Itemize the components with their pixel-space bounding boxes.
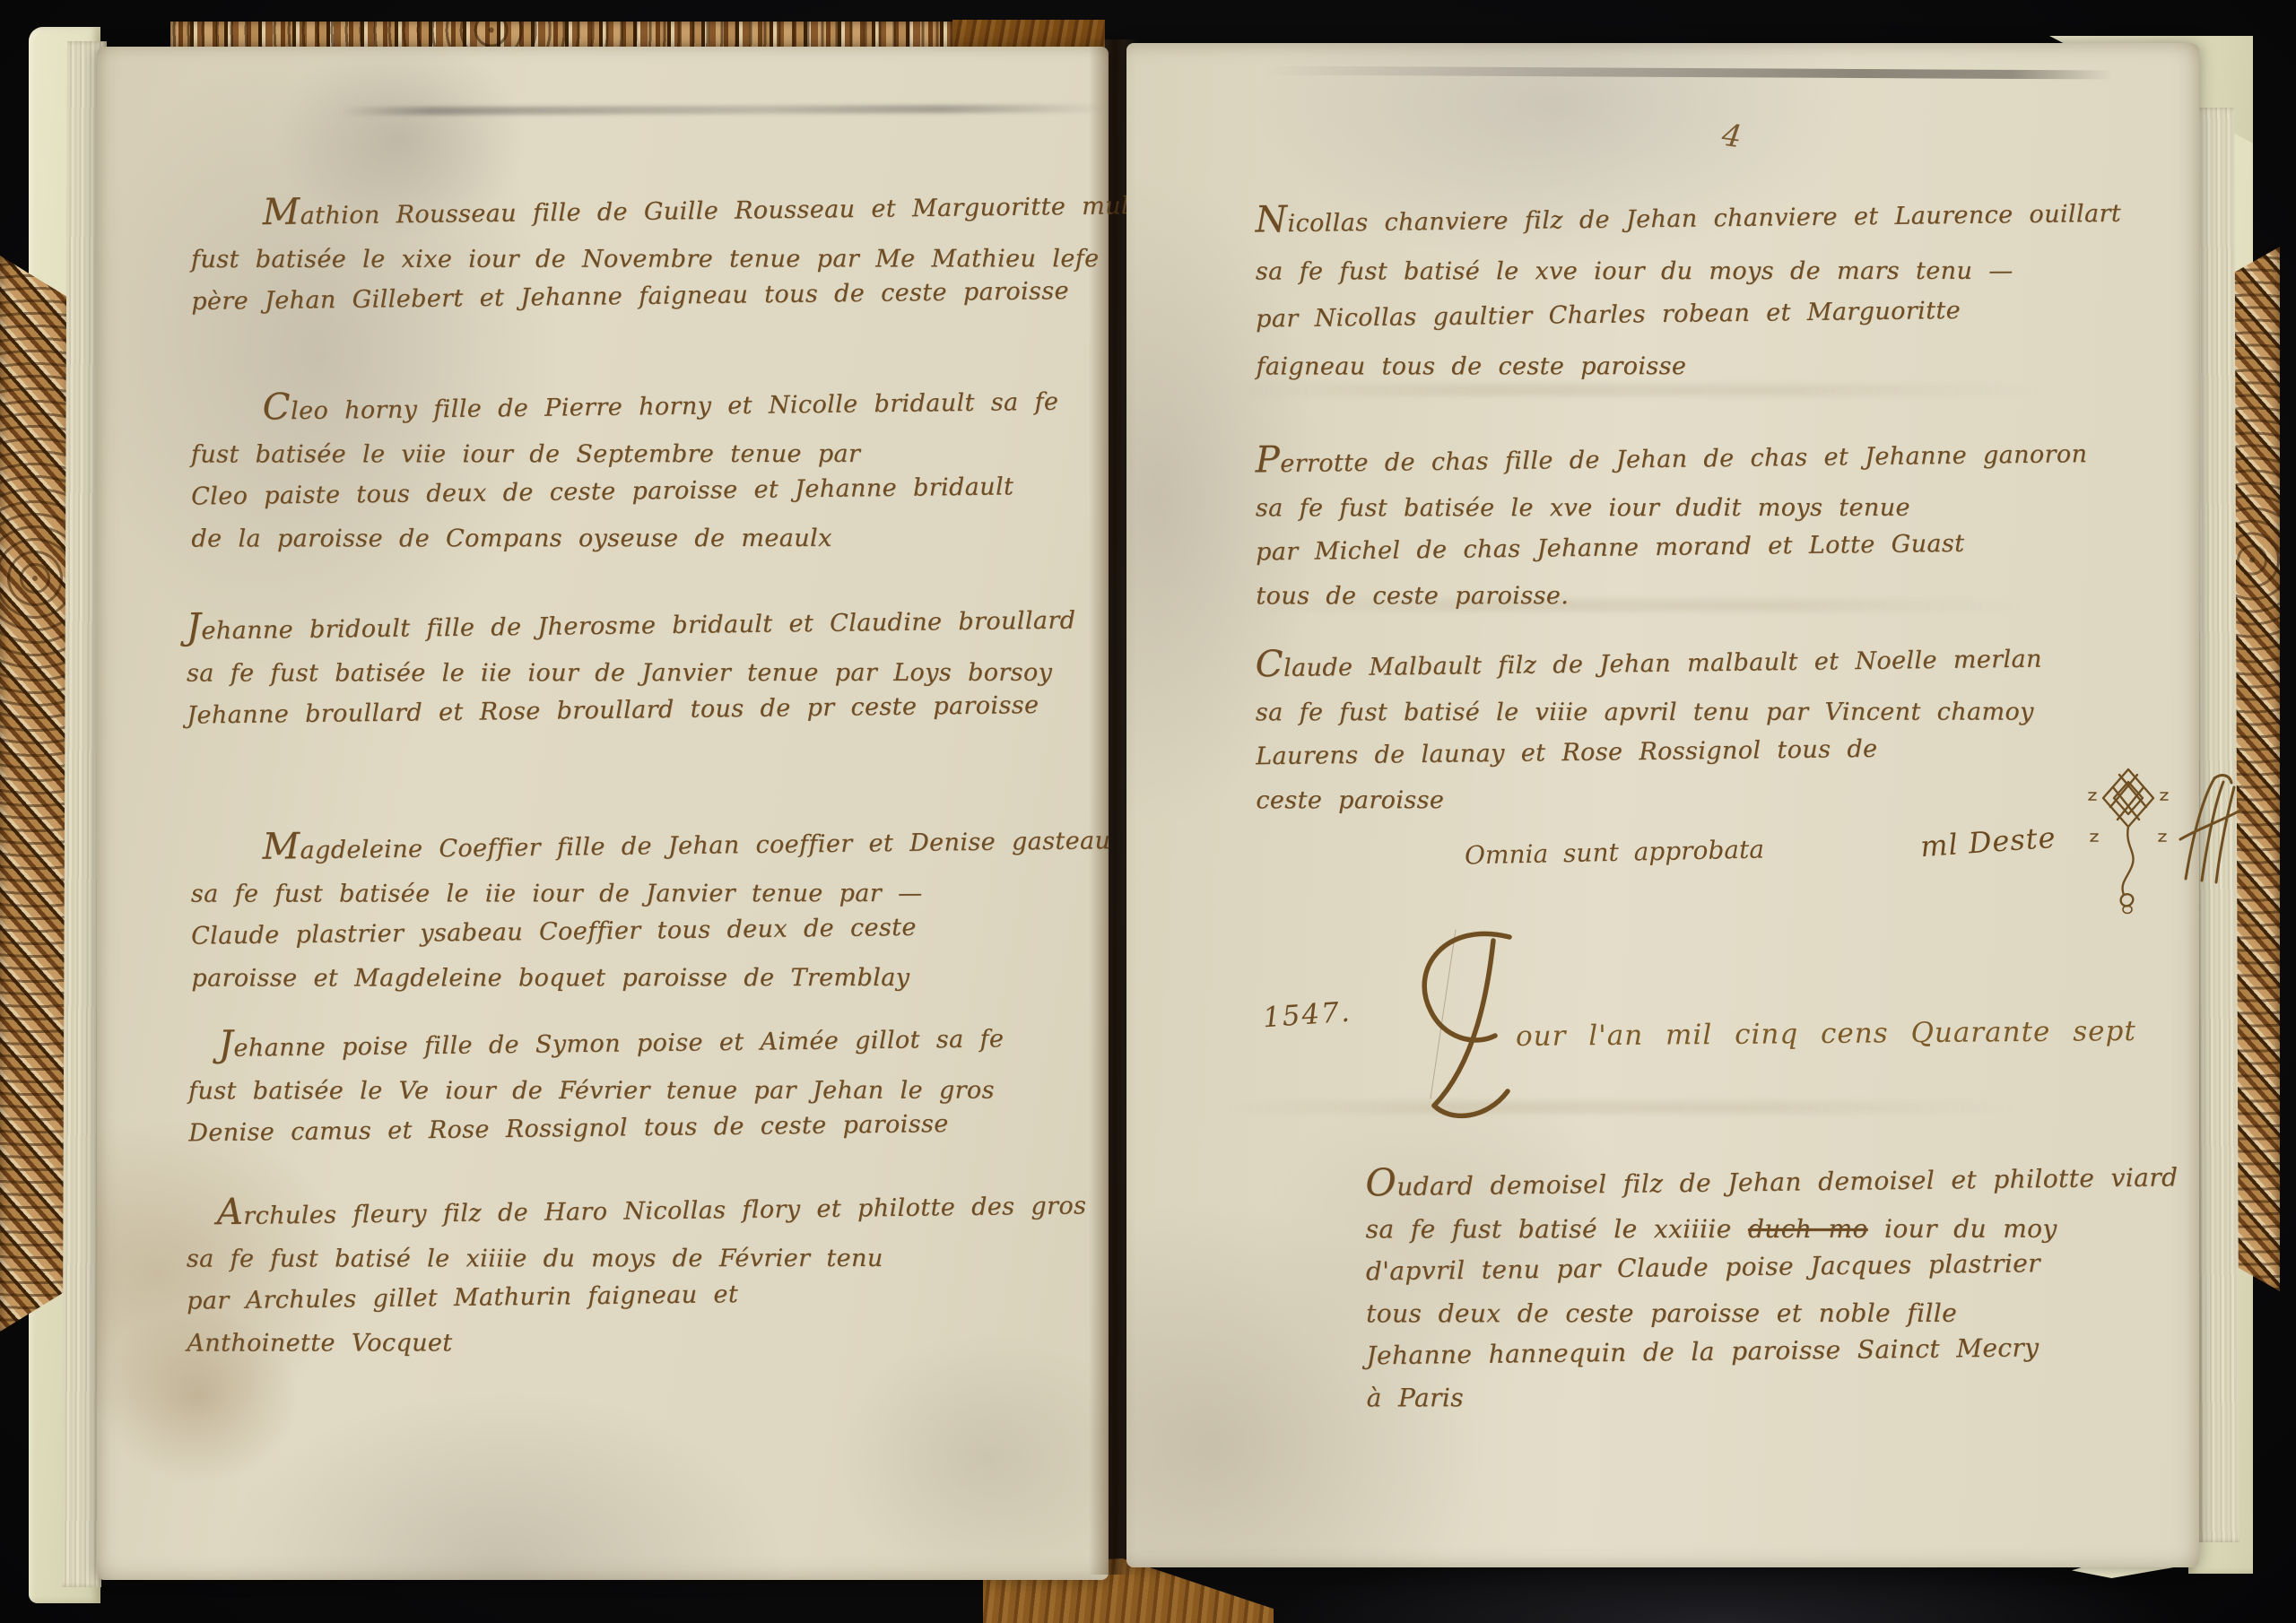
manuscript-line: par Michel de chas Jehanne morand et Lot… <box>1256 520 2088 574</box>
ink-smudge-top-right-page <box>1261 66 2113 80</box>
baptism-entry: Magdeleine Coeffier fille de Jehan coeff… <box>191 821 1112 999</box>
manuscript-line: tous de ceste paroisse. <box>1256 574 2088 619</box>
manuscript-line: paroisse et Magdeleine boquet paroisse d… <box>191 957 1111 1000</box>
notary-signature: ml Deste <box>1919 820 2057 864</box>
baptism-entry: Oudard demoisel filz de Jehan demoisel e… <box>1365 1158 2179 1419</box>
ink-show-through <box>1225 1101 2014 1114</box>
manuscript-line: d'apvril tenu par Claude poise Jacques p… <box>1366 1240 2179 1292</box>
baptism-entry: Claude Malbault filz de Jehan malbault e… <box>1255 638 2042 823</box>
year-heading-initial-flourish <box>1404 928 1529 1134</box>
manuscript-line: Magdeleine Coeffier fille de Jehan coeff… <box>190 815 1110 873</box>
manuscript-line: à Paris <box>1367 1376 2179 1419</box>
manuscript-line: Claude Malbault filz de Jehan malbault e… <box>1255 633 2042 691</box>
manuscript-line: Mathion Rousseau fille de Guille Roussea… <box>190 179 1238 239</box>
manuscript-line: ceste paroisse <box>1256 778 2042 823</box>
baptism-entry: Nicollas chanviere filz de Jehan chanvie… <box>1255 191 2122 390</box>
approbation-text: Omnia sunt approbata <box>1465 835 1765 871</box>
right-page: 4 Nicollas chanviere filz de Jehan chanv… <box>1126 43 2199 1567</box>
manuscript-line: par Nicollas gaultier Charles robean et … <box>1256 285 2122 343</box>
manuscript-line: Oudard demoisel filz de Jehan demoisel e… <box>1365 1151 2179 1208</box>
manuscript-line: faigneau tous de ceste paroisse <box>1256 343 2122 391</box>
photo-stage: Mathion Rousseau fille de Guille Roussea… <box>0 0 2296 1623</box>
manuscript-line: Laurens de launay et Rose Rossignol tous… <box>1256 725 2043 779</box>
manuscript-line: Jehanne bridoult fille de Jherosme brida… <box>186 595 1075 652</box>
manuscript-line: de la paroisse de Compans oyseuse de mea… <box>191 517 1059 560</box>
manuscript-line: Denise camus et Rose Rossignol tous de c… <box>188 1102 1004 1154</box>
baptism-entry: Cleo horny fille de Pierre horny et Nico… <box>191 382 1060 560</box>
manuscript-line: Anthoinette Vocquet <box>187 1322 1087 1365</box>
manuscript-line: Jehanne hannequin de la paroisse Sainct … <box>1366 1324 2179 1376</box>
leather-spine-top <box>952 20 1105 50</box>
line-segment: iour du moy <box>1868 1214 2057 1244</box>
ink-smudge-top-left-page <box>339 104 1110 115</box>
baptism-entry: Perrotte de chas fille de Jehan de chas … <box>1255 434 2088 619</box>
notary-knot-flourish-icon <box>2083 760 2173 926</box>
marbled-cover-left-edge <box>0 256 70 1332</box>
notary-paraphe-icon <box>2175 771 2247 901</box>
page-number: 4 <box>1719 117 1744 156</box>
baptism-entry: Mathion Rousseau fille de Guille Roussea… <box>191 187 1239 323</box>
margin-year: 1547. <box>1262 996 1352 1035</box>
left-page: Mathion Rousseau fille de Guille Roussea… <box>97 47 1109 1580</box>
baptism-entry: Archules fleury filz de Haro Nicollas fl… <box>187 1186 1088 1364</box>
manuscript-line: Cleo horny fille de Pierre horny et Nico… <box>190 377 1058 434</box>
baptism-entry: Jehanne bridoult fille de Jherosme brida… <box>187 601 1076 736</box>
struck-through-words: duch mo <box>1748 1214 1868 1244</box>
line-segment: sa fe fust batisé le xxiiiie <box>1366 1214 1748 1244</box>
manuscript-line: Archules fleury filz de Haro Nicollas fl… <box>186 1180 1086 1237</box>
year-heading-text: our l'an mil cinq cens Quarante sept <box>1516 1015 2136 1053</box>
manuscript-line: Nicollas chanviere filz de Jehan chanvie… <box>1255 186 2121 248</box>
manuscript-line: Jehanne poise fille de Symon poise et Ai… <box>187 1013 1004 1070</box>
manuscript-line: Perrotte de chas fille de Jehan de chas … <box>1255 428 2087 486</box>
baptism-entry: Jehanne poise fille de Symon poise et Ai… <box>188 1020 1004 1155</box>
